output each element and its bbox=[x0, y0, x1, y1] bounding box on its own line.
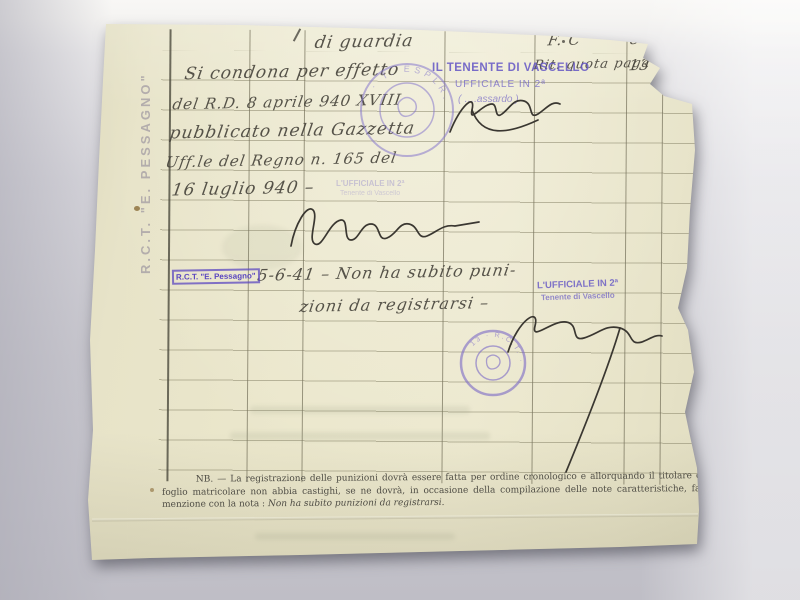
round-stamp-top-arc-text: · T. ESPLR. · bbox=[357, 60, 453, 110]
faint-officer-stamp-line1: L'UFFICIALE IN 2ª bbox=[336, 179, 404, 188]
stamp-crest-squiggle bbox=[398, 98, 416, 117]
ink-bleed-mark bbox=[255, 533, 455, 540]
paper-stain bbox=[150, 488, 154, 492]
signature-middle bbox=[285, 196, 490, 262]
signature-top bbox=[442, 76, 567, 148]
paper-sheet: R.C.T. "E. PESSAGNO" di guardia F. C 8 S… bbox=[0, 0, 800, 600]
svg-text:· T. ESPLR. ·: · T. ESPLR. · bbox=[357, 60, 453, 110]
handwritten-punizioni-2: zioni da registrarsi – bbox=[298, 293, 491, 316]
ship-name-box-stamp: R.C.T. "E. Pessagno" bbox=[172, 268, 260, 285]
photo-of-document: R.C.T. "E. PESSAGNO" di guardia F. C 8 S… bbox=[0, 0, 800, 600]
document-paper: R.C.T. "E. PESSAGNO" di guardia F. C 8 S… bbox=[0, 0, 800, 600]
printed-note-prefix: NB. — bbox=[196, 474, 230, 484]
ink-bleed-mark bbox=[230, 432, 490, 440]
printed-note: NB. — La registrazione delle punizioni d… bbox=[162, 470, 710, 512]
signature-bottom bbox=[498, 290, 673, 480]
printed-note-italic: Non ha subito punizioni da registrarsi. bbox=[268, 498, 445, 509]
paper-fold-crease bbox=[92, 513, 698, 521]
pen-dot-mark bbox=[562, 40, 565, 43]
paper-stain bbox=[134, 206, 140, 211]
ink-bleed-mark bbox=[250, 406, 470, 414]
ship-name-vertical-stamp: R.C.T. "E. PESSAGNO" bbox=[138, 50, 158, 274]
handwritten-guardia: di guardia bbox=[313, 31, 415, 53]
handwritten-13: 13 bbox=[628, 56, 652, 74]
